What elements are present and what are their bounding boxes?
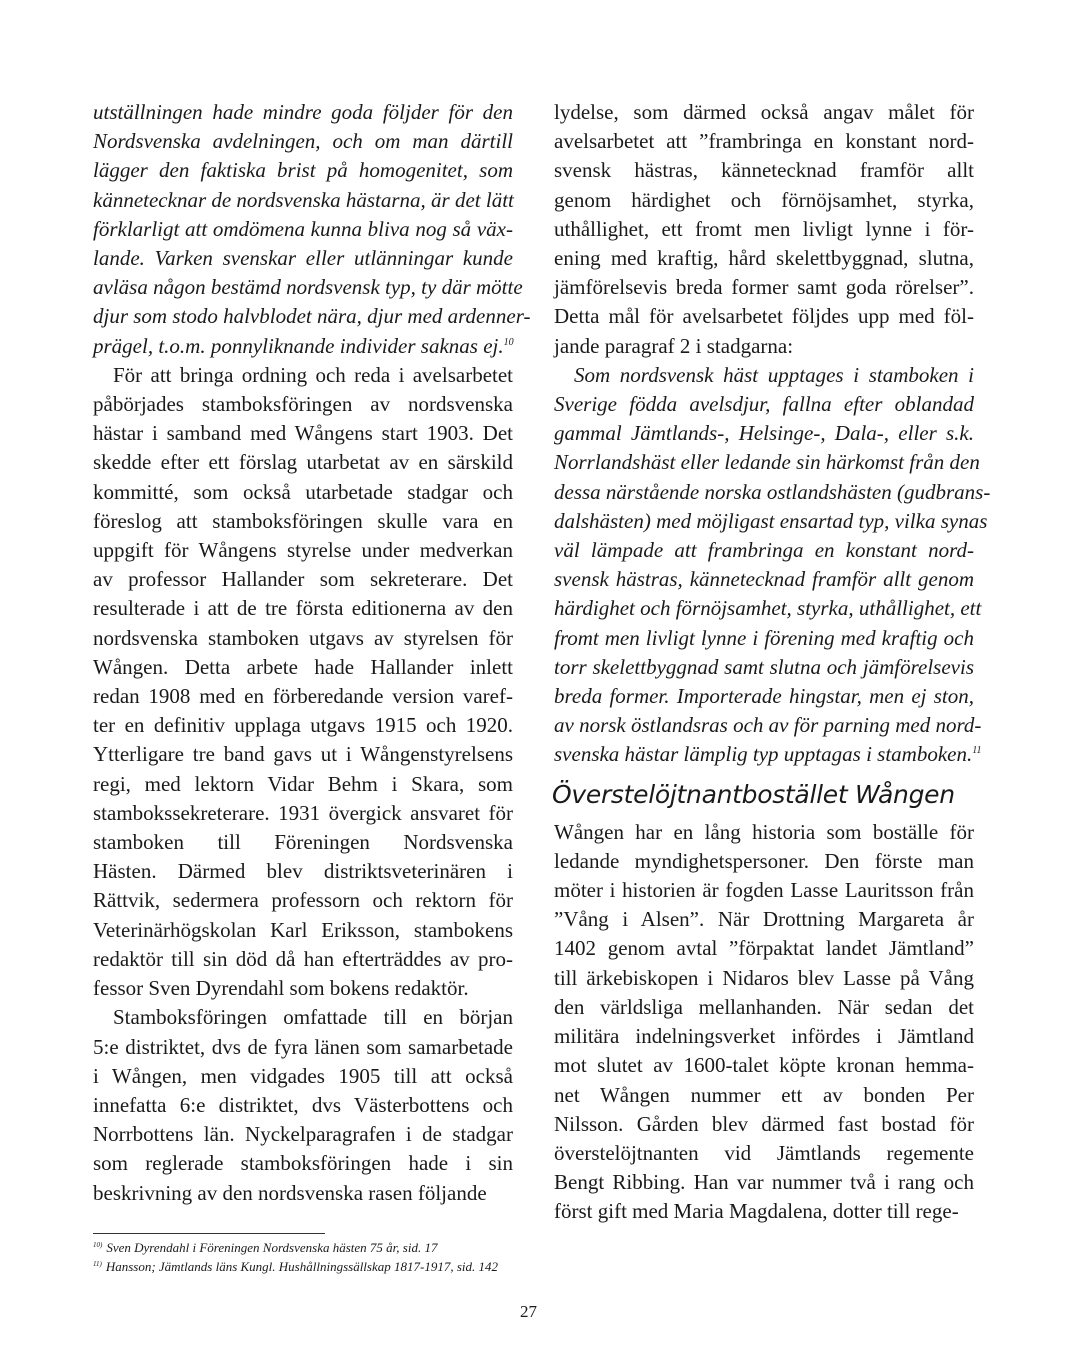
text-line: Norrbottens län. Nyckelparagrafen i de s… (93, 1120, 513, 1149)
text-line: redaktör till sin död då han efterträdde… (93, 945, 513, 974)
paragraph-wangen-history: Wången har en lång historia som boställe… (554, 818, 974, 1227)
text-line: Sverige födda avelsdjur, fallna efter ob… (554, 390, 974, 419)
right-column: lydelse, som därmed också angav målet fö… (554, 98, 974, 1227)
text-line: prägel, t.o.m. ponnyliknande individer s… (93, 332, 513, 361)
footnote-ref: 11 (972, 745, 981, 756)
footnote-number: 10) (93, 1241, 102, 1249)
section-heading: Överstelöjtnantbostället Wången (552, 778, 974, 812)
text-line: nordsvenska stamboken utgavs av styrelse… (93, 624, 513, 653)
text-line: lägger den faktiska brist på homogenitet… (93, 156, 513, 185)
text-line: För att bringa ordning och reda i avelsa… (93, 361, 513, 390)
text-line: Rättvik, sedermera professorn och rektor… (93, 886, 513, 915)
text-line: den världsliga mellanhanden. När sedan d… (554, 993, 974, 1022)
footnotes: 10)Sven Dyrendahl i Föreningen Nordsvens… (93, 1238, 498, 1276)
text-line: torr skelettbyggnad samt slutna och jämf… (554, 653, 974, 682)
quote-continuation: utställningen hade mindre goda följder f… (93, 98, 513, 361)
text-line: av professor Hallander som sekreterare. … (93, 565, 513, 594)
text-line: väl lämpade att frambringa en konstant n… (554, 536, 974, 565)
text-line: Nilsson. Gården blev därmed fast bostad … (554, 1110, 974, 1139)
text-line: djur som stodo halvblodet nära, djur med… (93, 302, 513, 331)
text-line: regi, med lektorn Vidar Behm i Skara, so… (93, 770, 513, 799)
text-line: lande. Varken svenskar eller utlänningar… (93, 244, 513, 273)
text-line: dessa närstående norska ostlandshästen (… (554, 478, 974, 507)
text-line: kännetecknar de nordsvenska hästarna, är… (93, 186, 513, 215)
text-line: svensk hästras, kännetecknad framför all… (554, 565, 974, 594)
text-line: lydelse, som därmed också angav målet fö… (554, 98, 974, 127)
text-line: beskrivning av den nordsvenska rasen föl… (93, 1179, 513, 1208)
text-line: hästar i samband med Wångens start 1903.… (93, 419, 513, 448)
text-line: skedde efter ett förslag utarbetat av en… (93, 448, 513, 477)
text-line: uppgift för Wångens styrelse under medve… (93, 536, 513, 565)
paragraph-stambok-start: För att bringa ordning och reda i avelsa… (93, 361, 513, 1003)
text-line: Hästen. Därmed blev distriktsveterinären… (93, 857, 513, 886)
text-line: jämförelsevis breda former samt goda rör… (554, 273, 974, 302)
text-line: i Wången, men vidgades 1905 till att ock… (93, 1062, 513, 1091)
text-line: ening med kraftig, hård skelettbyggnad, … (554, 244, 974, 273)
text-line: överstelöjtnanten vid Jämtlands regement… (554, 1139, 974, 1168)
footnote-divider (93, 1233, 325, 1234)
text-line: uthållighet, ett fromt men livligt lynne… (554, 215, 974, 244)
text-line: Stamboksföringen omfattade till en börja… (93, 1003, 513, 1032)
text-line: Norrlandshäst eller ledande sin härkomst… (554, 448, 974, 477)
text-line: 1402 genom avtal ”förpaktat landet Jämtl… (554, 934, 974, 963)
text-line: ”Vång i Alsen”. När Drottning Margareta … (554, 905, 974, 934)
text-line: avelsarbetet att ”frambringa en konstant… (554, 127, 974, 156)
footnote-11: 11)Hansson; Jämtlands läns Kungl. Hushål… (93, 1257, 498, 1276)
text-line: Wången. Detta arbete hade Hallander inle… (93, 653, 513, 682)
footnote-10: 10)Sven Dyrendahl i Föreningen Nordsvens… (93, 1238, 498, 1257)
text-line: Ytterligare tre band gavs ut i Wångensty… (93, 740, 513, 769)
text-line: mot slutet av 1600-talet köpte kronan he… (554, 1051, 974, 1080)
text-line: breda former. Importerade hingstar, men … (554, 682, 974, 711)
text-line: net Wången nummer ett av bonden Per (554, 1081, 974, 1110)
footnote-text: Sven Dyrendahl i Föreningen Nordsvenska … (106, 1240, 437, 1255)
text-line: redan 1908 med en förberedande version v… (93, 682, 513, 711)
text-line: ter en definitiv upplaga utgavs 1915 och… (93, 711, 513, 740)
text-line: svenska hästar lämplig typ upptagas i st… (554, 740, 974, 769)
text-line: fessor Sven Dyrendahl som bokens redaktö… (93, 974, 513, 1003)
text-line: militära indelningsverket infördes i Jäm… (554, 1022, 974, 1051)
text-line: svensk hästras, kännetecknad framför all… (554, 156, 974, 185)
text-line: möter i historien är fogden Lasse Laurit… (554, 876, 974, 905)
text-line: påbörjades stamboksföringen av nordsvens… (93, 390, 513, 419)
text-line: förklarligt att omdömena kunna bliva nog… (93, 215, 513, 244)
quote-paragraph-2: Som nordsvensk häst upptages i stamboken… (554, 361, 974, 770)
text-line: Wången har en lång historia som boställe… (554, 818, 974, 847)
text-line: stamboken till Föreningen Nordsvenska (93, 828, 513, 857)
text-line: avläsa någon bestämd nordsvensk typ, ty … (93, 273, 513, 302)
page-number: 27 (520, 1302, 537, 1322)
left-column: utställningen hade mindre goda följder f… (93, 98, 513, 1208)
text-line: Detta mål för avelsarbetet följdes upp m… (554, 302, 974, 331)
text-line: kommitté, som också utarbetade stadgar o… (93, 478, 513, 507)
text-line: dalshästen) med möjligast ensartad typ, … (554, 507, 974, 536)
text-line: fromt men livligt lynne i förening med k… (554, 624, 974, 653)
footnote-number: 11) (93, 1260, 102, 1268)
text-line: 5:e distriktet, dvs de fyra länen som sa… (93, 1033, 513, 1062)
text-line: utställningen hade mindre goda följder f… (93, 98, 513, 127)
text-line: genom härdighet och förnöjsamhet, styrka… (554, 186, 974, 215)
text-line: stambokssekreterare. 1931 övergick ansva… (93, 799, 513, 828)
text-line: gammal Jämtlands-, Helsinge-, Dala-, ell… (554, 419, 974, 448)
text-line: härdighet och förnöjsamhet, styrka, uthå… (554, 594, 974, 623)
text-line: Bengt Ribbing. Han var nummer två i rang… (554, 1168, 974, 1197)
text-line: Nordsvenska avdelningen, och om man därt… (93, 127, 513, 156)
text-line: först gift med Maria Magdalena, dotter t… (554, 1197, 974, 1226)
paragraph-breed-goal: lydelse, som därmed också angav målet fö… (554, 98, 974, 361)
text-line: av norsk östlandsras och av för parning … (554, 711, 974, 740)
text-line: jande paragraf 2 i stadgarna: (554, 332, 974, 361)
text-line: till ärkebiskopen i Nidaros blev Lasse p… (554, 964, 974, 993)
footnote-text: Hansson; Jämtlands läns Kungl. Hushållni… (106, 1259, 498, 1274)
paragraph-stambok-districts: Stamboksföringen omfattade till en börja… (93, 1003, 513, 1207)
text-line: ledande myndighetspersoner. Den förste m… (554, 847, 974, 876)
text-line: som reglerade stamboksföringen hade i si… (93, 1149, 513, 1178)
text-line: innefatta 6:e distriktet, dvs Västerbott… (93, 1091, 513, 1120)
text-line: föreslog att stamboksföringen skulle var… (93, 507, 513, 536)
text-line: Som nordsvensk häst upptages i stamboken… (554, 361, 974, 390)
text-line: Veterinärhögskolan Karl Eriksson, stambo… (93, 916, 513, 945)
text-line: resulterade i att de tre första editione… (93, 594, 513, 623)
footnote-ref: 10 (504, 337, 514, 348)
